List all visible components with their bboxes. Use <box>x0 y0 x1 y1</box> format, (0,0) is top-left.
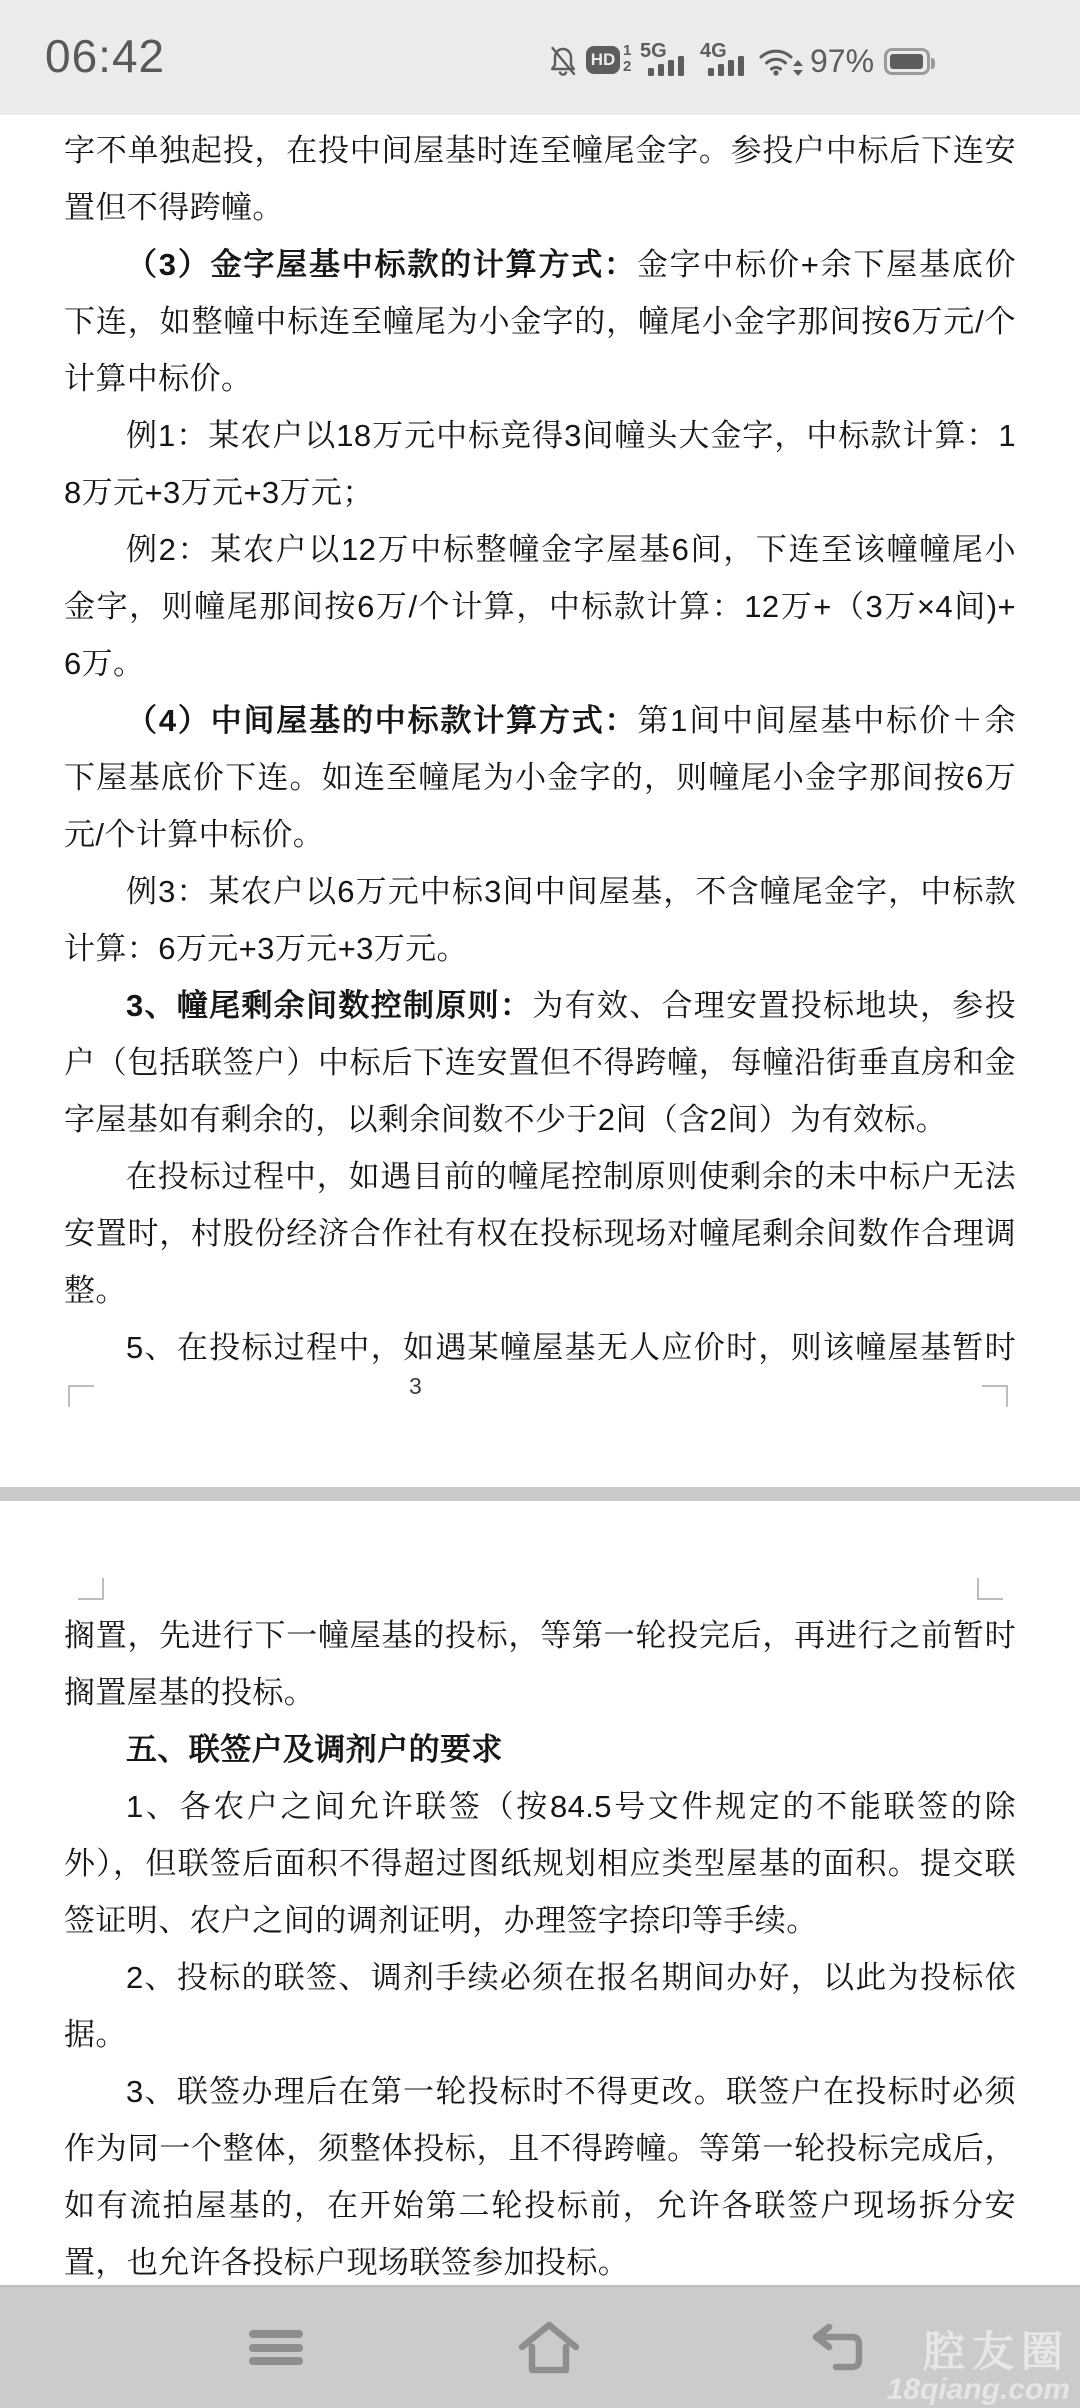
status-bar: 06:42 HD 1 2 5G 4G <box>0 0 1080 115</box>
text-line: 3、幢尾剩余间数控制原则：为有效、合理安置投标地块，参投 <box>64 977 1016 1034</box>
text-line: 例3：某农户以6万元中标3间中间屋基，不含幢尾金字，中标款 <box>64 863 1016 920</box>
text-line: 字屋基如有剩余的，以剩余间数不少于2间（含2间）为有效标。 <box>64 1091 1016 1148</box>
text-line: （4）中间屋基的中标款计算方式：第1间中间屋基中标价＋余 <box>64 692 1016 749</box>
text-line: 例2：某农户以12万中标整幢金字屋基6间，下连至该幢幢尾小 <box>64 521 1016 578</box>
text-line: 金字，则幢尾那间按6万/个计算，中标款计算：12万+（3万×4间)+ <box>64 578 1016 635</box>
text-line: 置，也允许各投标户现场联签参加投标。 <box>64 2234 1016 2291</box>
text-line: 据。 <box>64 2006 1016 2063</box>
text-boundary-mark <box>977 1578 1003 1600</box>
watermark-site: 18qiang.com <box>887 2374 1070 2406</box>
text-boundary-mark <box>982 1385 1008 1407</box>
text-line: 3、联签办理后在第一轮投标时不得更改。联签户在投标时必须 <box>64 2063 1016 2120</box>
dual-sim-indicator: 1 2 <box>623 43 639 77</box>
text-line: 元/个计算中标价。 <box>64 806 1016 863</box>
text-line: 字不单独起投，在投中间屋基时连至幢尾金字。参投户中标后下连安 <box>64 122 1016 179</box>
navigation-bar: 腔友圈 18qiang.com <box>0 2285 1080 2408</box>
text-line: 下屋基底价下连。如连至幢尾为小金字的，则幢尾小金字那间按6万 <box>64 749 1016 806</box>
text-line: 6万。 <box>64 635 1016 692</box>
watermark-title: 腔友圈 <box>887 2330 1070 2374</box>
text-line: 作为同一个整体，须整体投标，且不得跨幢。等第一轮投标完成后， <box>64 2120 1016 2177</box>
status-time: 06:42 <box>45 30 165 82</box>
signal-bars-icon <box>648 56 684 76</box>
network-4g: 4G <box>700 42 750 76</box>
battery-percent: 97% <box>810 45 874 77</box>
text-line: 安置时，村股份经济合作社有权在投标现场对幢尾剩余间数作合理调 <box>64 1205 1016 1262</box>
menu-button[interactable] <box>216 2287 336 2408</box>
signal-bars-icon <box>708 56 744 76</box>
text-line: 签证明、农户之间的调剂证明，办理签字捺印等手续。 <box>64 1892 1016 1949</box>
text-line: 置但不得跨幢。 <box>64 179 1016 236</box>
text-line: 整。 <box>64 1262 1016 1319</box>
page-divider <box>0 1487 1080 1501</box>
text-line: 8万元+3万元+3万元； <box>64 464 1016 521</box>
document-page-1: 字不单独起投，在投中间屋基时连至幢尾金字。参投户中标后下连安置但不得跨幢。（3）… <box>0 115 1080 1487</box>
page2-content: 搁置，先进行下一幢屋基的投标，等第一轮投完后，再进行之前暂时搁置屋基的投标。五、… <box>64 1607 1016 2291</box>
text-line: 五、联签户及调剂户的要求 <box>64 1721 1016 1778</box>
watermark: 腔友圈 18qiang.com <box>887 2330 1070 2406</box>
back-button[interactable] <box>776 2287 896 2408</box>
text-line: （3）金字屋基中标款的计算方式：金字中标价+余下屋基底价 <box>64 236 1016 293</box>
text-line: 在投标过程中，如遇目前的幢尾控制原则使剩余的未中标户无法 <box>64 1148 1016 1205</box>
text-line: 搁置，先进行下一幢屋基的投标，等第一轮投完后，再进行之前暂时 <box>64 1607 1016 1664</box>
menu-icon <box>249 2325 303 2371</box>
page1-content: 字不单独起投，在投中间屋基时连至幢尾金字。参投户中标后下连安置但不得跨幢。（3）… <box>64 122 1016 1376</box>
battery-icon <box>884 48 930 75</box>
home-icon <box>516 2320 582 2376</box>
notifications-off-icon <box>548 45 578 77</box>
page-number: 3 <box>409 1373 422 1400</box>
text-line: 如有流拍屋基的，在开始第二轮投标前，允许各联签户现场拆分安 <box>64 2177 1016 2234</box>
text-line: 外），但联签后面积不得超过图纸规划相应类型屋基的面积。提交联 <box>64 1835 1016 1892</box>
sim1-label: 1 <box>623 43 639 59</box>
phone-screen: 06:42 HD 1 2 5G 4G <box>0 0 1080 2408</box>
text-boundary-mark <box>78 1578 104 1600</box>
hd-voice-icon: HD <box>586 46 620 74</box>
text-line: 例1：某农户以18万元中标竞得3间幢头大金字，中标款计算：1 <box>64 407 1016 464</box>
text-line: 计算：6万元+3万元+3万元。 <box>64 920 1016 977</box>
text-line: 户（包括联签户）中标后下连安置但不得跨幢，每幢沿街垂直房和金 <box>64 1034 1016 1091</box>
home-button[interactable] <box>489 2287 609 2408</box>
text-line: 下连，如整幢中标连至幢尾为小金字的，幢尾小金字那间按6万元/个 <box>64 293 1016 350</box>
text-line: 搁置屋基的投标。 <box>64 1664 1016 1721</box>
text-boundary-mark <box>68 1385 94 1407</box>
back-icon <box>806 2323 866 2373</box>
wifi-activity-arrows-icon <box>793 60 803 76</box>
wifi-icon <box>758 46 794 76</box>
text-line: 5、在投标过程中，如遇某幢屋基无人应价时，则该幢屋基暂时 <box>64 1319 1016 1376</box>
text-line: 1、各农户之间允许联签（按84.5号文件规定的不能联签的除 <box>64 1778 1016 1835</box>
text-line: 2、投标的联签、调剂手续必须在报名期间办好，以此为投标依 <box>64 1949 1016 2006</box>
sim2-label: 2 <box>623 59 639 75</box>
network-5g: 5G <box>640 42 690 76</box>
text-line: 计算中标价。 <box>64 350 1016 407</box>
document-page-2: 搁置，先进行下一幢屋基的投标，等第一轮投完后，再进行之前暂时搁置屋基的投标。五、… <box>0 1501 1080 2285</box>
